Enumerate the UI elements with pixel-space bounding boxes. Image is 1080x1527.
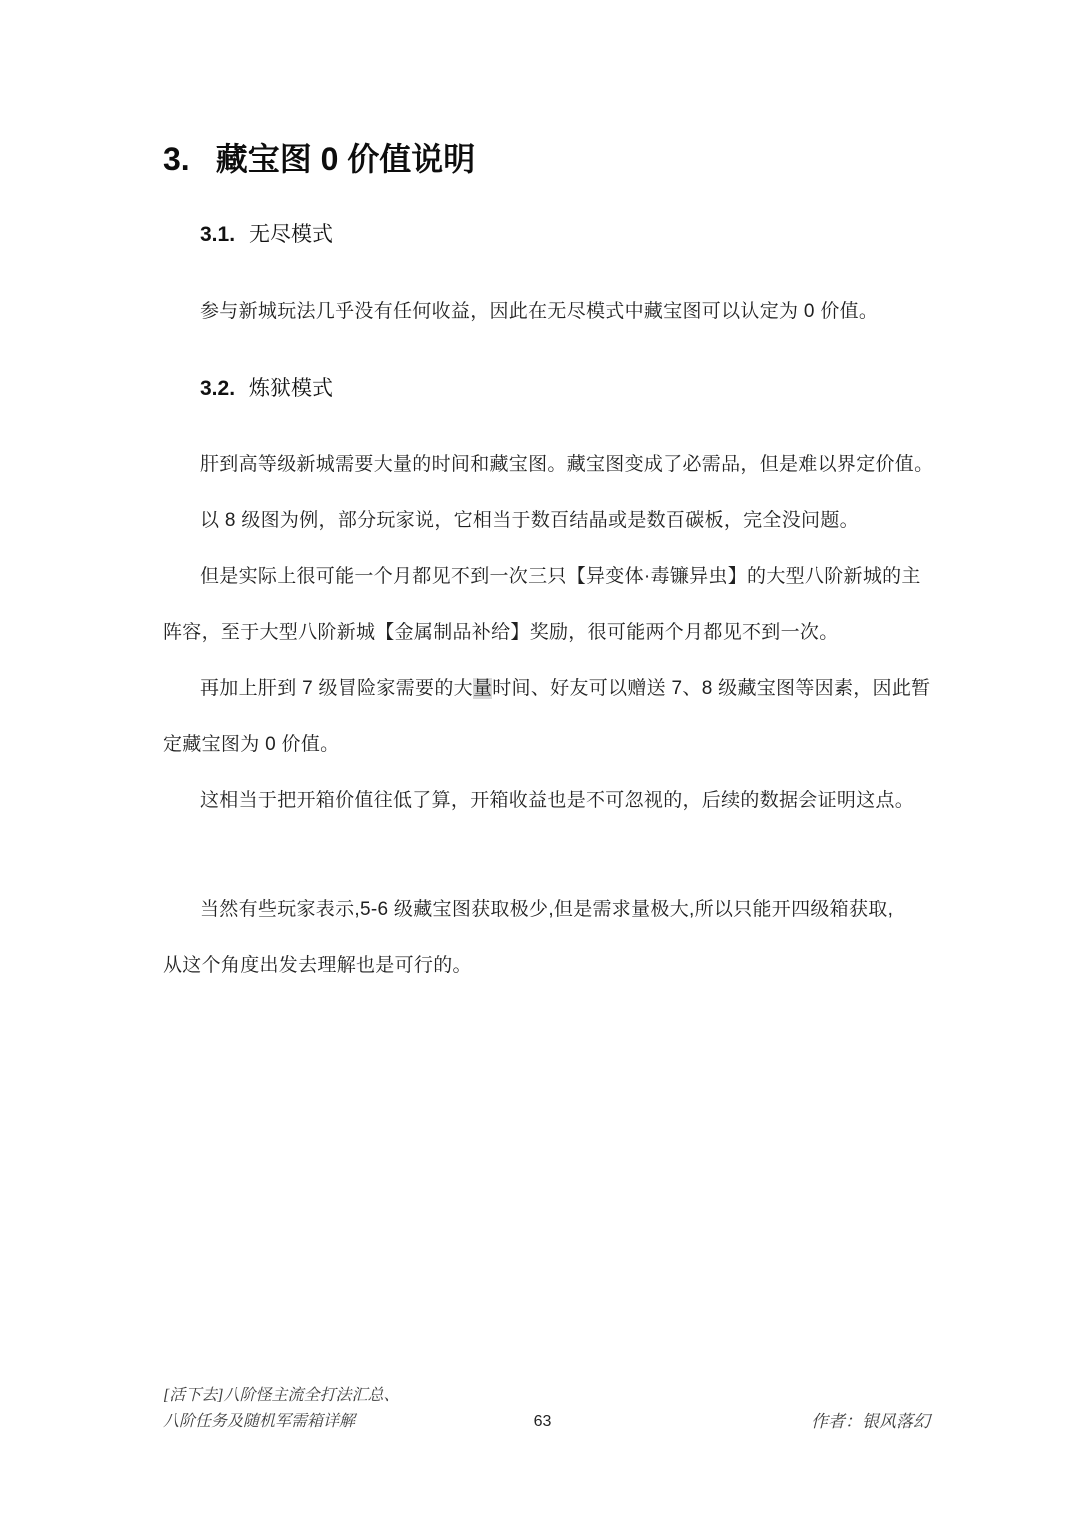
page-number: 63 bbox=[534, 1409, 552, 1435]
body-line: 参与新城玩法几乎没有任何收益，因此在无尽模式中藏宝图可以认定为 0 价值。 bbox=[163, 284, 930, 340]
paragraph: 参与新城玩法几乎没有任何收益，因此在无尽模式中藏宝图可以认定为 0 价值。 bbox=[163, 284, 930, 340]
section-number: 3.1. bbox=[200, 223, 235, 246]
paragraph: 以 8 级图为例，部分玩家说，它相当于数百结晶或是数百碳板，完全没问题。 bbox=[163, 493, 930, 549]
body-line: 阵容，至于大型八阶新城【金属制品补给】奖励，很可能两个月都见不到一次。 bbox=[163, 605, 930, 661]
body-line: 定藏宝图为 0 价值。 bbox=[163, 717, 930, 773]
paragraph: 这相当于把开箱价值往低了算，开箱收益也是不可忽视的，后续的数据会证明这点。 bbox=[163, 773, 930, 829]
body-text-segment: 再加上肝到 7 级冒险家需要的大 bbox=[200, 678, 473, 699]
section-number: 3.2. bbox=[200, 377, 235, 400]
body-line: 从这个角度出发去理解也是可行的。 bbox=[163, 938, 930, 994]
page-footer: [活下去]八阶怪主流全打法汇总、 八阶任务及随机军需箱详解 63 作者：银风落幻 bbox=[163, 1383, 930, 1435]
paragraph: 肝到高等级新城需要大量的时间和藏宝图。藏宝图变成了必需品，但是难以界定价值。 bbox=[163, 437, 930, 493]
footer-doc-title: [活下去]八阶怪主流全打法汇总、 八阶任务及随机军需箱详解 bbox=[163, 1383, 538, 1435]
section-3-2-body: 肝到高等级新城需要大量的时间和藏宝图。藏宝图变成了必需品，但是难以界定价值。 以… bbox=[163, 437, 930, 994]
body-text-segment: 时间、好友可以赠送 7、8 级藏宝图等因素，因此暂 bbox=[492, 678, 930, 699]
body-line: 再加上肝到 7 级冒险家需要的大量时间、好友可以赠送 7、8 级藏宝图等因素，因… bbox=[163, 661, 930, 717]
section-heading-text: 无尽模式 bbox=[249, 223, 333, 246]
section-3-1-body: 参与新城玩法几乎没有任何收益，因此在无尽模式中藏宝图可以认定为 0 价值。 bbox=[163, 284, 930, 340]
highlighted-character: 量 bbox=[473, 678, 492, 699]
footer-doc-title-line1: [活下去]八阶怪主流全打法汇总、 bbox=[163, 1383, 538, 1409]
chapter-title-text: 藏宝图 0 价值说明 bbox=[216, 141, 476, 177]
paragraph: 再加上肝到 7 级冒险家需要的大量时间、好友可以赠送 7、8 级藏宝图等因素，因… bbox=[163, 661, 930, 773]
body-line: 这相当于把开箱价值往低了算，开箱收益也是不可忽视的，后续的数据会证明这点。 bbox=[163, 773, 930, 829]
body-line: 肝到高等级新城需要大量的时间和藏宝图。藏宝图变成了必需品，但是难以界定价值。 bbox=[163, 437, 930, 493]
document-page: 3.藏宝图 0 价值说明 3.1.无尽模式 参与新城玩法几乎没有任何收益，因此在… bbox=[0, 0, 1080, 1527]
body-line: 但是实际上很可能一个月都见不到一次三只【异变体·毒镰异虫】的大型八阶新城的主 bbox=[163, 549, 930, 605]
page-content: 3.藏宝图 0 价值说明 3.1.无尽模式 参与新城玩法几乎没有任何收益，因此在… bbox=[163, 0, 930, 994]
chapter-title: 3.藏宝图 0 价值说明 bbox=[163, 140, 930, 179]
section-heading-3-1: 3.1.无尽模式 bbox=[163, 222, 930, 247]
body-line: 以 8 级图为例，部分玩家说，它相当于数百结晶或是数百碳板，完全没问题。 bbox=[163, 493, 930, 549]
body-line: 当然有些玩家表示,5-6 级藏宝图获取极少,但是需求量极大,所以只能开四级箱获取… bbox=[163, 882, 930, 938]
section-heading-3-2: 3.2.炼狱模式 bbox=[163, 376, 930, 401]
footer-doc-title-line2: 八阶任务及随机军需箱详解 bbox=[163, 1409, 538, 1435]
chapter-number: 3. bbox=[163, 141, 190, 177]
footer-author: 作者：银风落幻 bbox=[555, 1409, 930, 1435]
paragraph: 当然有些玩家表示,5-6 级藏宝图获取极少,但是需求量极大,所以只能开四级箱获取… bbox=[163, 882, 930, 994]
paragraph: 但是实际上很可能一个月都见不到一次三只【异变体·毒镰异虫】的大型八阶新城的主 阵… bbox=[163, 549, 930, 661]
section-heading-text: 炼狱模式 bbox=[249, 377, 333, 400]
